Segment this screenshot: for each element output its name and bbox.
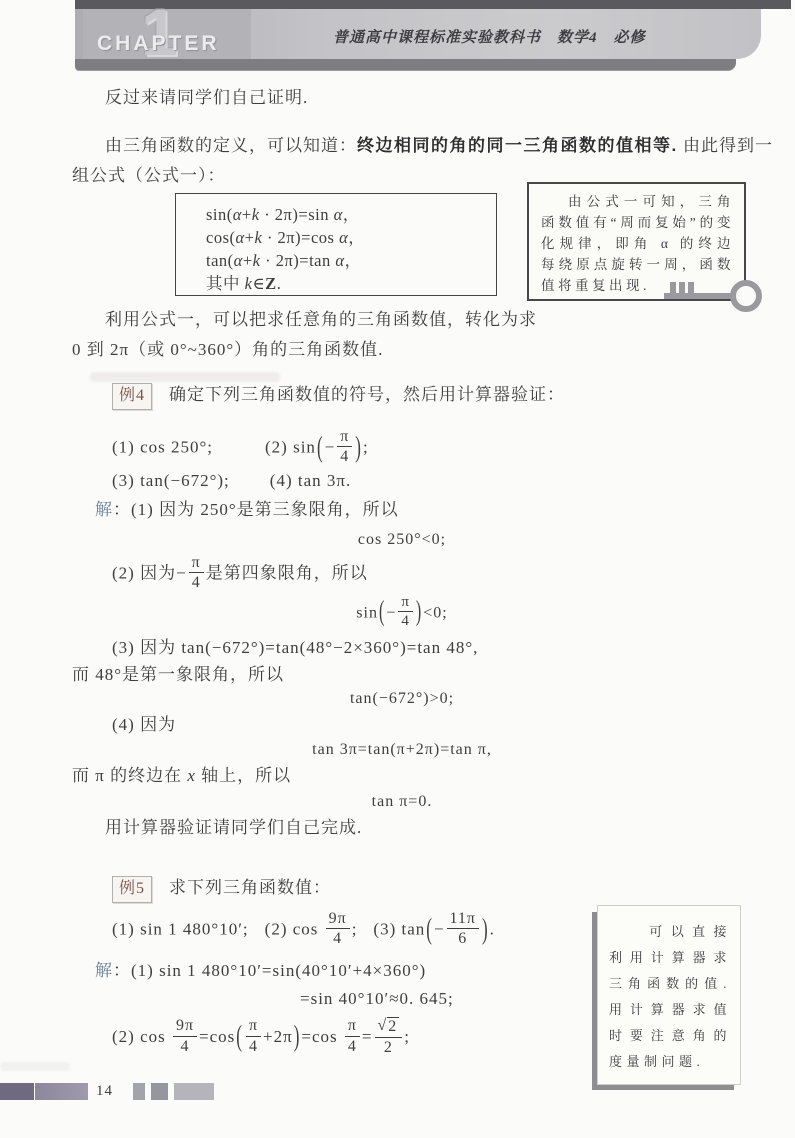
margin-note-periodicity: 由公式一可知，三角函数值有“周而复始”的变化规律，即角 α 的终边每绕原点旋转一… <box>527 182 746 301</box>
header-top-bar <box>75 0 791 9</box>
example4-formula-3: tan(−672°)>0; <box>72 688 732 710</box>
paragraph-definition-post: 由此得到一 <box>678 136 773 155</box>
example4-title: 确定下列三角函数值的符号，然后用计算器验证： <box>169 385 565 404</box>
example4-formula-5: tan π=0. <box>72 791 732 813</box>
textbook-page: 1 CHAPTER 普通高中课程标准实验教科书 数学4 必修 反过来请同学们自己… <box>0 0 795 1138</box>
scan-artifact <box>0 1062 70 1071</box>
example4-formula-4: tan 3π=tan(π+2π)=tan π, <box>72 739 732 761</box>
formula-cos: cos(α+k · 2π)=cos α， <box>206 226 496 249</box>
footer-block <box>35 1083 88 1100</box>
example4-badge: 例4 <box>112 383 152 410</box>
book-title: 普通高中课程标准实验教科书 数学4 必修 <box>333 26 646 47</box>
formula-tan: tan(α+k · 2π)=tan α， <box>206 249 496 272</box>
example4-solution-4: (4) 因为 <box>112 714 176 737</box>
formula-sin: sin(α+k · 2π)=sin α， <box>206 203 496 226</box>
paragraph-verify-calculator: 用计算器验证请同学们自己完成. <box>105 817 362 840</box>
example4-solution-3: (3) 因为 tan(−672°)=tan(48°−2×360°)=tan 48… <box>112 637 478 660</box>
footer-block <box>151 1083 168 1100</box>
example5-solution-1b: =sin 40°10′≈0. 645; <box>300 988 454 1011</box>
header-band: 1 CHAPTER 普通高中课程标准实验教科书 数学4 必修 <box>75 9 761 59</box>
example4-formula-1: cos 250°<0; <box>72 529 732 551</box>
formula-one-box: sin(α+k · 2π)=sin α， cos(α+k · 2π)=cos α… <box>175 193 497 296</box>
footer-block <box>133 1083 145 1100</box>
chapter-block: 1 CHAPTER <box>83 9 251 59</box>
margin-note-calculator: 可以直接利用计算器求三角函数的值. 用计算器求值时要注意角的度量制问题. <box>597 905 741 1085</box>
example4-solution-3b: 而 48°是第一象限角，所以 <box>72 664 284 687</box>
scan-artifact <box>90 372 280 382</box>
example4-solution-2: (2) 因为−π4是第四象限角，所以 <box>112 556 368 594</box>
footer-block <box>0 1083 34 1100</box>
paragraph-definition-pre: 由三角函数的定义，可以知道： <box>105 136 357 155</box>
paragraph-prove-yourself: 反过来请同学们自己证明. <box>105 87 308 110</box>
example5-title: 求下列三角函数值： <box>169 878 331 897</box>
key-icon <box>662 272 766 316</box>
page-number: 14 <box>96 1083 113 1100</box>
example5-solution-2: (2) cos 9π4=cos(π4+2π)=cos π4=√22; <box>112 1018 410 1058</box>
chapter-label: CHAPTER <box>97 32 220 56</box>
example4-solution-1: 解：(1) 因为 250°是第三象限角，所以 <box>95 499 399 522</box>
example4-heading: 例4确定下列三角函数值的符号，然后用计算器验证： <box>112 383 565 410</box>
paragraph-definition-emphasis: 终边相同的角的同一三角函数的值相等. <box>357 136 678 155</box>
footer-block <box>174 1083 214 1100</box>
formula-condition: 其中 k∈Z. <box>206 272 496 295</box>
paragraph-use-formula-line1: 利用公式一，可以把求任意角的三角函数值，转化为求 <box>105 309 537 332</box>
header-divider <box>75 59 736 70</box>
example4-problems-row1: (1) cos 250°;(2) sin(−π4); <box>112 430 369 468</box>
example4-formula-2: sin(−π4)<0; <box>72 596 732 632</box>
example5-solution-1a: 解：(1) sin 1 480°10′=sin(40°10′+4×360°) <box>95 960 426 983</box>
paragraph-use-formula-line2: 0 到 2π（或 0°~360°）角的三角函数值. <box>72 339 383 362</box>
paragraph-definition: 由三角函数的定义，可以知道：终边相同的角的同一三角函数的值相等. 由此得到一 <box>105 135 773 158</box>
example5-badge: 例5 <box>112 876 152 903</box>
example4-solution-4b: 而 π 的终边在 x 轴上，所以 <box>72 765 291 788</box>
example4-problems-row2: (3) tan(−672°);(4) tan 3π. <box>112 470 351 493</box>
paragraph-definition-line2: 组公式（公式一）： <box>72 165 226 188</box>
example5-problems: (1) sin 1 480°10′;(2) cos 9π4;(3) tan(−1… <box>112 912 495 950</box>
example5-heading: 例5求下列三角函数值： <box>112 876 331 903</box>
margin-note-calculator-text: 可以直接利用计算器求三角函数的值. 用计算器求值时要注意角的度量制问题. <box>609 919 731 1075</box>
